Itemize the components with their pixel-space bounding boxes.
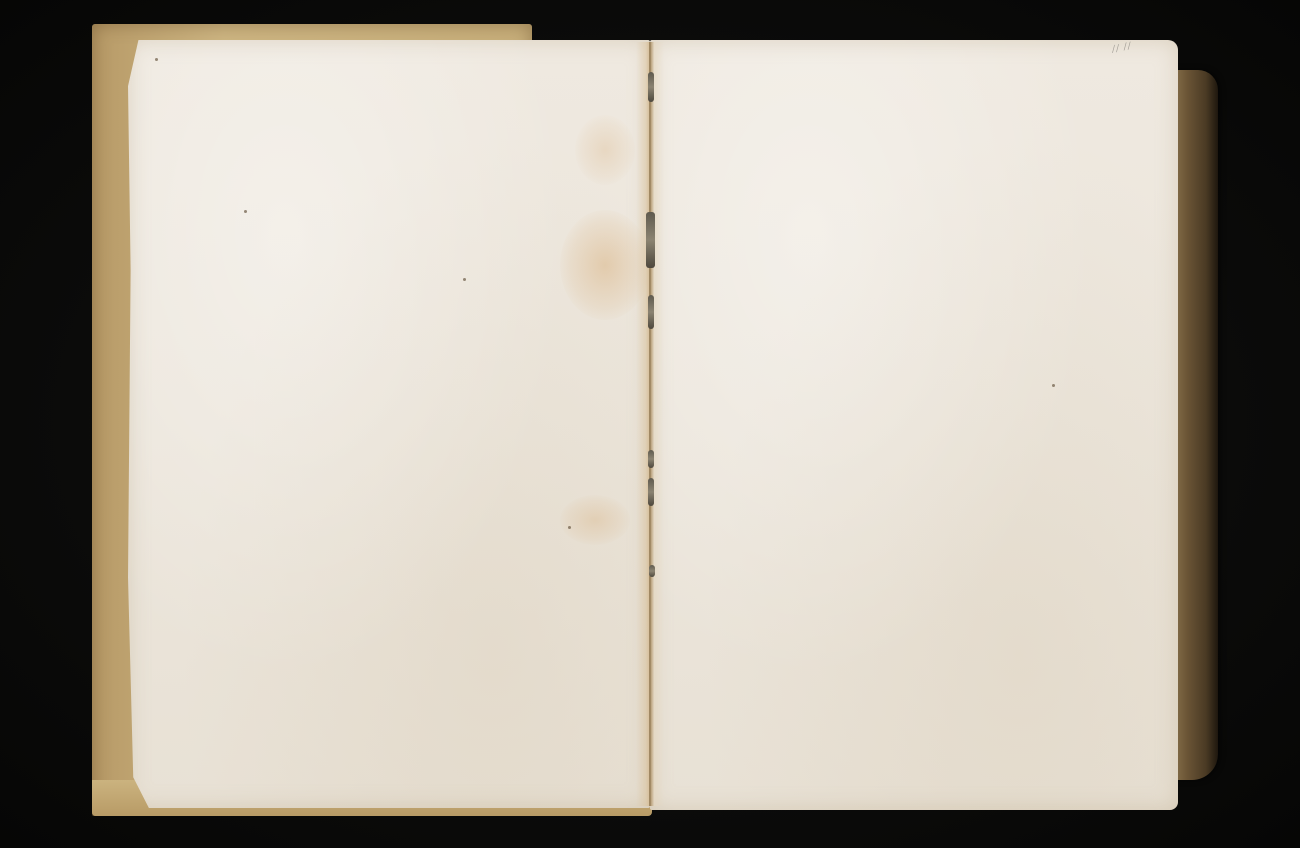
binding-thread [649,565,655,577]
paper-speck [244,210,247,213]
binding-thread [648,478,654,506]
binding-thread [648,295,654,329]
paper-speck [463,278,466,281]
binding-thread [646,212,655,268]
foxing-stain [560,495,630,545]
paper-speck [1052,384,1055,387]
binding-thread [648,450,654,468]
left-blank-page [128,40,650,808]
paper-speck [568,526,571,529]
book-gutter [636,42,664,806]
binding-thread [648,72,654,102]
right-blank-page [650,40,1178,810]
paper-speck [155,58,158,61]
foxing-stain [575,115,635,185]
